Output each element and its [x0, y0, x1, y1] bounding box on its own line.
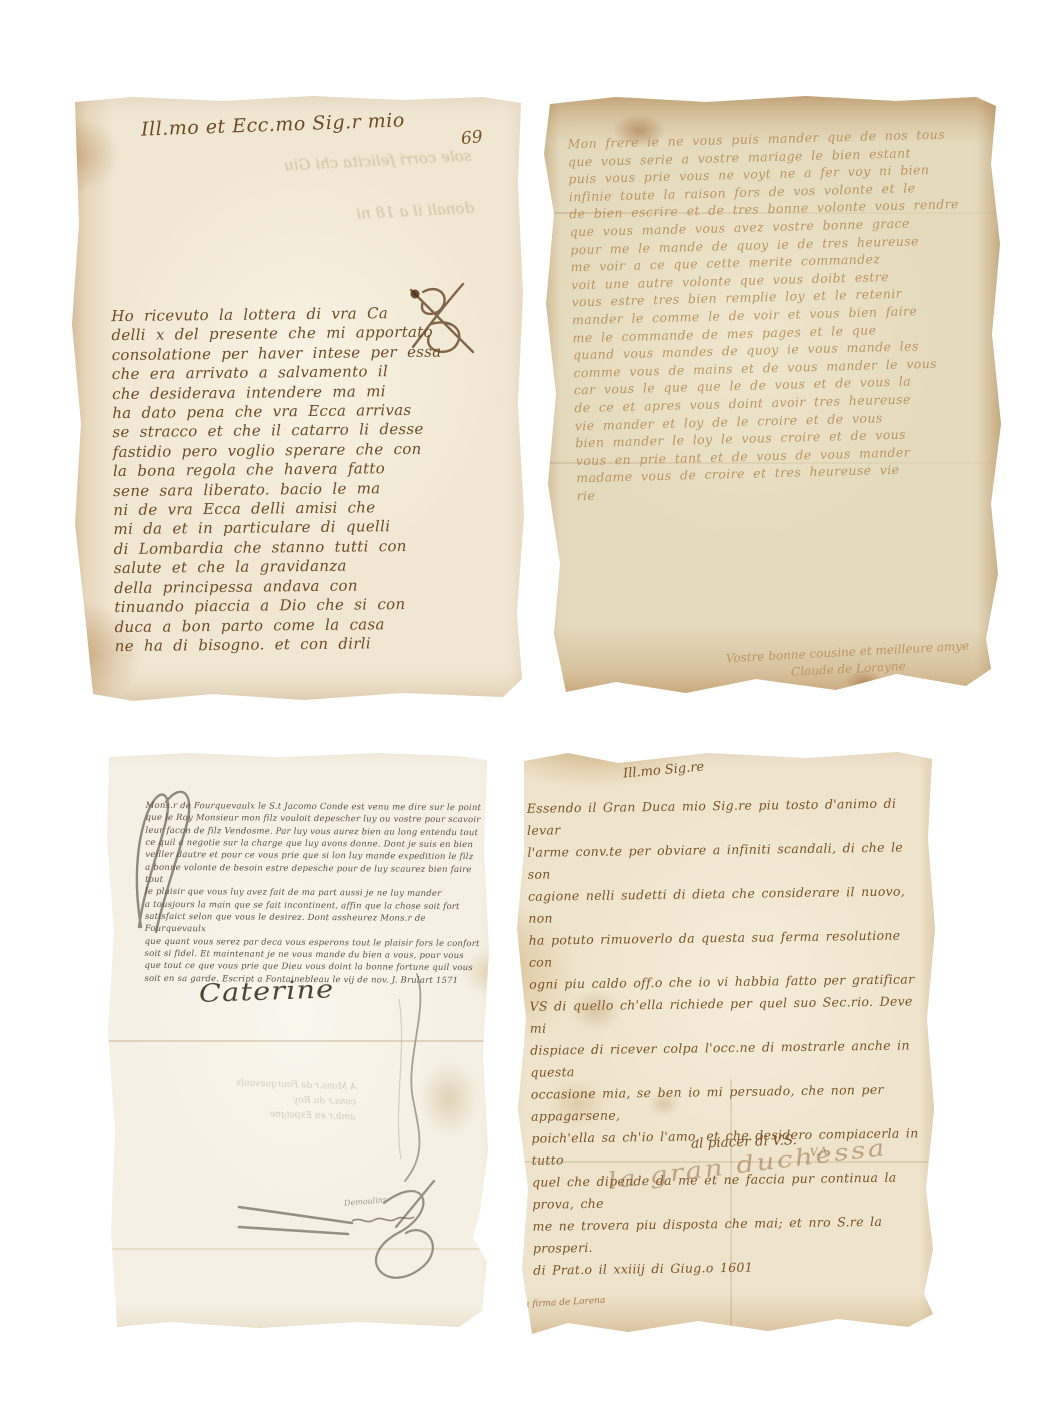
manuscript-lot-photo: sole corri felicita chi Giu donali il a … — [0, 0, 1041, 1427]
letter2-body-text: Mon frere ie ne vous puis mander que de … — [567, 125, 985, 505]
letter3-showthrough-address: A Mons.r de Fourquevaulx cons.r du Roy a… — [150, 1073, 356, 1125]
ink-spot — [411, 290, 420, 299]
letter-sheet-2: Mon frere ie ne vous puis mander que de … — [536, 94, 1005, 707]
letter1-showthrough-text: sole corri felicita chi Giu donali il a … — [79, 130, 476, 254]
letter4-archivist-annotation: La firma de Lorena — [518, 1296, 606, 1311]
letter1-docket-number: 69 — [460, 127, 484, 149]
letter-sheet-4: Ill.mo Sig.re Essendo il Gran Duca mio S… — [508, 749, 940, 1340]
letter4-body-text: Essendo il Gran Duca mio Sig.re piu tost… — [527, 792, 932, 1282]
letter-sheet-1: sole corri felicita chi Giu donali il a … — [63, 94, 526, 704]
ink-blot-flourish — [393, 272, 488, 367]
paraph-flourish — [234, 1169, 449, 1319]
letter3-body-text: Mons.r de Fourquevaulx le S.t Jacomo Con… — [144, 800, 483, 988]
letter4-salutation: Ill.mo Sig.re — [623, 759, 705, 781]
letter3-signature-caterine: Caterine — [198, 974, 334, 1008]
letter2-signature: Vostre bonne cousine et meilleure amye C… — [710, 637, 985, 685]
letter-sheet-3: Mons.r de Fourquevaulx le S.t Jacomo Con… — [99, 751, 493, 1333]
